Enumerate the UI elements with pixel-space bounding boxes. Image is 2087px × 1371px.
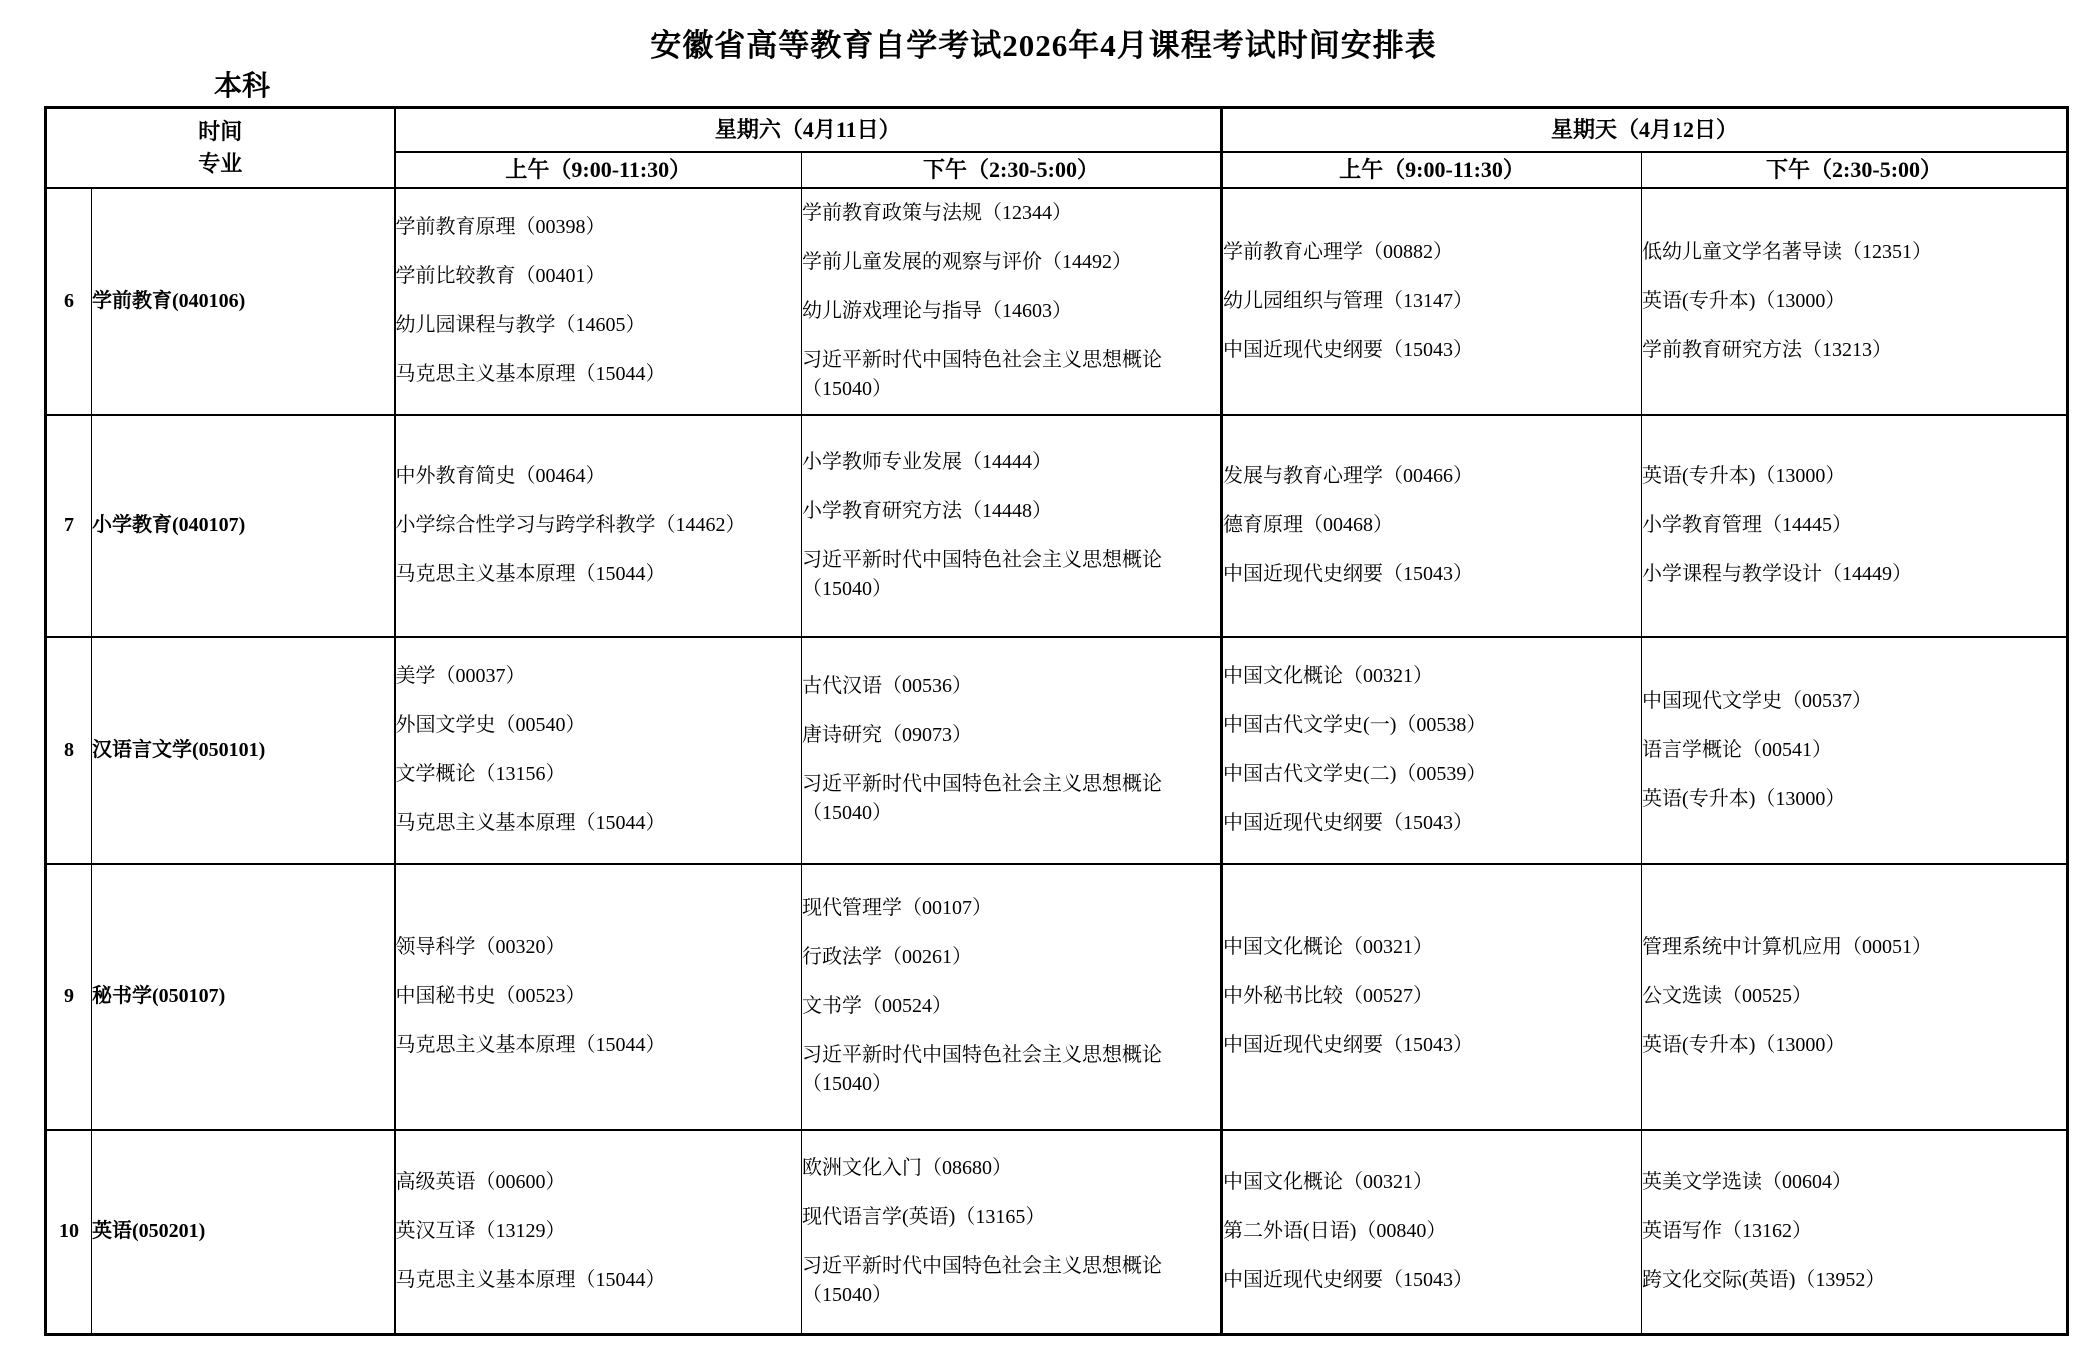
- course-item: 外国文学史（00540）: [396, 701, 802, 750]
- course-item: 管理系统中计算机应用（00051）: [1642, 923, 2066, 972]
- course-item: 古代汉语（00536）: [802, 662, 1220, 711]
- course-item: 语言学概论（00541）: [1642, 726, 2066, 775]
- course-item: 中国秘书史（00523）: [396, 972, 802, 1021]
- course-item: 马克思主义基本原理（15044）: [396, 799, 802, 848]
- schedule-cell-sat-am: 美学（00037）外国文学史（00540）文学概论（13156）马克思主义基本原…: [395, 637, 802, 864]
- schedule-cell-sat-am: 领导科学（00320）中国秘书史（00523）马克思主义基本原理（15044）: [395, 864, 802, 1130]
- schedule-cell-sun-am: 中国文化概论（00321）第二外语(日语)（00840）中国近现代史纲要（150…: [1222, 1130, 1642, 1335]
- course-item: 唐诗研究（09073）: [802, 711, 1220, 760]
- course-item: 中国近现代史纲要（15043）: [1223, 1256, 1641, 1305]
- course-item: 幼儿园组织与管理（13147）: [1223, 277, 1641, 326]
- schedule-cell-sat-am: 中外教育简史（00464）小学综合性学习与跨学科教学（14462）马克思主义基本…: [395, 415, 802, 637]
- major-name: 小学教育(040107): [92, 415, 395, 637]
- course-item: 英语写作（13162）: [1642, 1207, 2066, 1256]
- course-item: 现代语言学(英语)（13165）: [802, 1193, 1220, 1242]
- row-number: 10: [46, 1130, 92, 1335]
- course-item: 现代管理学（00107）: [802, 884, 1220, 933]
- course-item: 中国近现代史纲要（15043）: [1223, 799, 1641, 848]
- course-item: 中国古代文学史(一)（00538）: [1223, 701, 1641, 750]
- day-header-sunday: 星期天（4月12日）: [1222, 108, 2068, 152]
- course-item: 马克思主义基本原理（15044）: [396, 1021, 802, 1070]
- course-item: 马克思主义基本原理（15044）: [396, 1256, 802, 1305]
- course-item: 德育原理（00468）: [1223, 501, 1641, 550]
- course-item: 行政法学（00261）: [802, 933, 1220, 982]
- schedule-cell-sun-pm: 管理系统中计算机应用（00051）公文选读（00525）英语(专升本)（1300…: [1642, 864, 2068, 1130]
- course-item: 学前教育政策与法规（12344）: [802, 189, 1220, 238]
- course-item: 小学教育研究方法（14448）: [802, 487, 1220, 536]
- session-header-sun-morning: 上午（9:00-11:30）: [1222, 152, 1642, 188]
- course-item: 学前儿童发展的观察与评价（14492）: [802, 238, 1220, 287]
- corner-label-time: 时间: [47, 116, 394, 148]
- course-item: 第二外语(日语)（00840）: [1223, 1207, 1641, 1256]
- session-header-sat-afternoon: 下午（2:30-5:00）: [802, 152, 1222, 188]
- page-title: 安徽省高等教育自学考试2026年4月课程考试时间安排表: [0, 20, 2087, 65]
- major-name: 英语(050201): [92, 1130, 395, 1335]
- course-item: 小学综合性学习与跨学科教学（14462）: [396, 501, 802, 550]
- course-item: 低幼儿童文学名著导读（12351）: [1642, 228, 2066, 277]
- session-header-sat-morning: 上午（9:00-11:30）: [395, 152, 802, 188]
- course-item: 中国现代文学史（00537）: [1642, 677, 2066, 726]
- course-item: 中国近现代史纲要（15043）: [1223, 550, 1641, 599]
- row-number: 6: [46, 188, 92, 415]
- course-item: 中国近现代史纲要（15043）: [1223, 1021, 1641, 1070]
- course-item: 习近平新时代中国特色社会主义思想概论（15040）: [802, 1031, 1220, 1109]
- schedule-cell-sat-pm: 学前教育政策与法规（12344）学前儿童发展的观察与评价（14492）幼儿游戏理…: [802, 188, 1222, 415]
- schedule-cell-sun-pm: 中国现代文学史（00537）语言学概论（00541）英语(专升本)（13000）: [1642, 637, 2068, 864]
- course-item: 中外教育简史（00464）: [396, 452, 802, 501]
- course-item: 领导科学（00320）: [396, 923, 802, 972]
- course-item: 英美文学选读（00604）: [1642, 1158, 2066, 1207]
- table-row: 7 小学教育(040107) 中外教育简史（00464）小学综合性学习与跨学科教…: [46, 415, 2068, 637]
- course-item: 中国文化概论（00321）: [1223, 923, 1641, 972]
- course-item: 幼儿园课程与教学（14605）: [396, 301, 802, 350]
- course-item: 英语(专升本)（13000）: [1642, 277, 2066, 326]
- course-item: 英语(专升本)（13000）: [1642, 452, 2066, 501]
- course-item: 中国文化概论（00321）: [1223, 1158, 1641, 1207]
- course-item: 公文选读（00525）: [1642, 972, 2066, 1021]
- schedule-cell-sat-am: 学前教育原理（00398）学前比较教育（00401）幼儿园课程与教学（14605…: [395, 188, 802, 415]
- table-row: 10 英语(050201) 高级英语（00600）英汉互译（13129）马克思主…: [46, 1130, 2068, 1335]
- course-item: 马克思主义基本原理（15044）: [396, 550, 802, 599]
- row-number: 9: [46, 864, 92, 1130]
- course-item: 中国文化概论（00321）: [1223, 652, 1641, 701]
- course-item: 习近平新时代中国特色社会主义思想概论（15040）: [802, 760, 1220, 838]
- major-name: 秘书学(050107): [92, 864, 395, 1130]
- schedule-cell-sat-pm: 古代汉语（00536）唐诗研究（09073）习近平新时代中国特色社会主义思想概论…: [802, 637, 1222, 864]
- course-item: 英汉互译（13129）: [396, 1207, 802, 1256]
- course-item: 跨文化交际(英语)（13952）: [1642, 1256, 2066, 1305]
- course-item: 马克思主义基本原理（15044）: [396, 350, 802, 399]
- schedule-cell-sat-pm: 现代管理学（00107）行政法学（00261）文书学（00524）习近平新时代中…: [802, 864, 1222, 1130]
- course-item: 幼儿游戏理论与指导（14603）: [802, 287, 1220, 336]
- schedule-cell-sat-pm: 欧洲文化入门（08680）现代语言学(英语)（13165）习近平新时代中国特色社…: [802, 1130, 1222, 1335]
- schedule-cell-sun-am: 中国文化概论（00321）中外秘书比较（00527）中国近现代史纲要（15043…: [1222, 864, 1642, 1130]
- course-item: 文学概论（13156）: [396, 750, 802, 799]
- table-row: 8 汉语言文学(050101) 美学（00037）外国文学史（00540）文学概…: [46, 637, 2068, 864]
- day-header-saturday: 星期六（4月11日）: [395, 108, 1222, 152]
- exam-schedule-table: 时间 专业 星期六（4月11日） 星期天（4月12日） 上午（9:00-11:3…: [44, 106, 2069, 1336]
- schedule-cell-sun-am: 学前教育心理学（00882）幼儿园组织与管理（13147）中国近现代史纲要（15…: [1222, 188, 1642, 415]
- corner-cell-time-major: 时间 专业: [46, 108, 395, 188]
- course-item: 习近平新时代中国特色社会主义思想概论（15040）: [802, 536, 1220, 614]
- course-item: 学前教育心理学（00882）: [1223, 228, 1641, 277]
- course-item: 习近平新时代中国特色社会主义思想概论（15040）: [802, 1242, 1220, 1320]
- table-row: 6 学前教育(040106) 学前教育原理（00398）学前比较教育（00401…: [46, 188, 2068, 415]
- course-item: 欧洲文化入门（08680）: [802, 1144, 1220, 1193]
- course-item: 学前教育研究方法（13213）: [1642, 326, 2066, 375]
- major-name: 汉语言文学(050101): [92, 637, 395, 864]
- course-item: 学前教育原理（00398）: [396, 203, 802, 252]
- course-item: 英语(专升本)（13000）: [1642, 775, 2066, 824]
- session-header-sun-afternoon: 下午（2:30-5:00）: [1642, 152, 2068, 188]
- course-item: 中外秘书比较（00527）: [1223, 972, 1641, 1021]
- major-name: 学前教育(040106): [92, 188, 395, 415]
- course-item: 学前比较教育（00401）: [396, 252, 802, 301]
- course-item: 发展与教育心理学（00466）: [1223, 452, 1641, 501]
- schedule-cell-sun-am: 中国文化概论（00321）中国古代文学史(一)（00538）中国古代文学史(二)…: [1222, 637, 1642, 864]
- row-number: 8: [46, 637, 92, 864]
- corner-label-major: 专业: [47, 148, 394, 180]
- course-item: 中国古代文学史(二)（00539）: [1223, 750, 1641, 799]
- course-item: 习近平新时代中国特色社会主义思想概论（15040）: [802, 336, 1220, 414]
- course-item: 英语(专升本)（13000）: [1642, 1021, 2066, 1070]
- section-label-benke: 本科: [214, 64, 270, 104]
- course-item: 中国近现代史纲要（15043）: [1223, 326, 1641, 375]
- schedule-cell-sun-pm: 英语(专升本)（13000）小学教育管理（14445）小学课程与教学设计（144…: [1642, 415, 2068, 637]
- header-row-days: 时间 专业 星期六（4月11日） 星期天（4月12日）: [46, 108, 2068, 152]
- course-item: 小学教育管理（14445）: [1642, 501, 2066, 550]
- schedule-cell-sun-pm: 低幼儿童文学名著导读（12351）英语(专升本)（13000）学前教育研究方法（…: [1642, 188, 2068, 415]
- course-item: 高级英语（00600）: [396, 1158, 802, 1207]
- schedule-cell-sun-am: 发展与教育心理学（00466）德育原理（00468）中国近现代史纲要（15043…: [1222, 415, 1642, 637]
- schedule-cell-sun-pm: 英美文学选读（00604）英语写作（13162）跨文化交际(英语)（13952）: [1642, 1130, 2068, 1335]
- course-item: 小学教师专业发展（14444）: [802, 438, 1220, 487]
- table-row: 9 秘书学(050107) 领导科学（00320）中国秘书史（00523）马克思…: [46, 864, 2068, 1130]
- course-item: 美学（00037）: [396, 652, 802, 701]
- schedule-cell-sat-am: 高级英语（00600）英汉互译（13129）马克思主义基本原理（15044）: [395, 1130, 802, 1335]
- row-number: 7: [46, 415, 92, 637]
- course-item: 文书学（00524）: [802, 982, 1220, 1031]
- course-item: 小学课程与教学设计（14449）: [1642, 550, 2066, 599]
- schedule-cell-sat-pm: 小学教师专业发展（14444）小学教育研究方法（14448）习近平新时代中国特色…: [802, 415, 1222, 637]
